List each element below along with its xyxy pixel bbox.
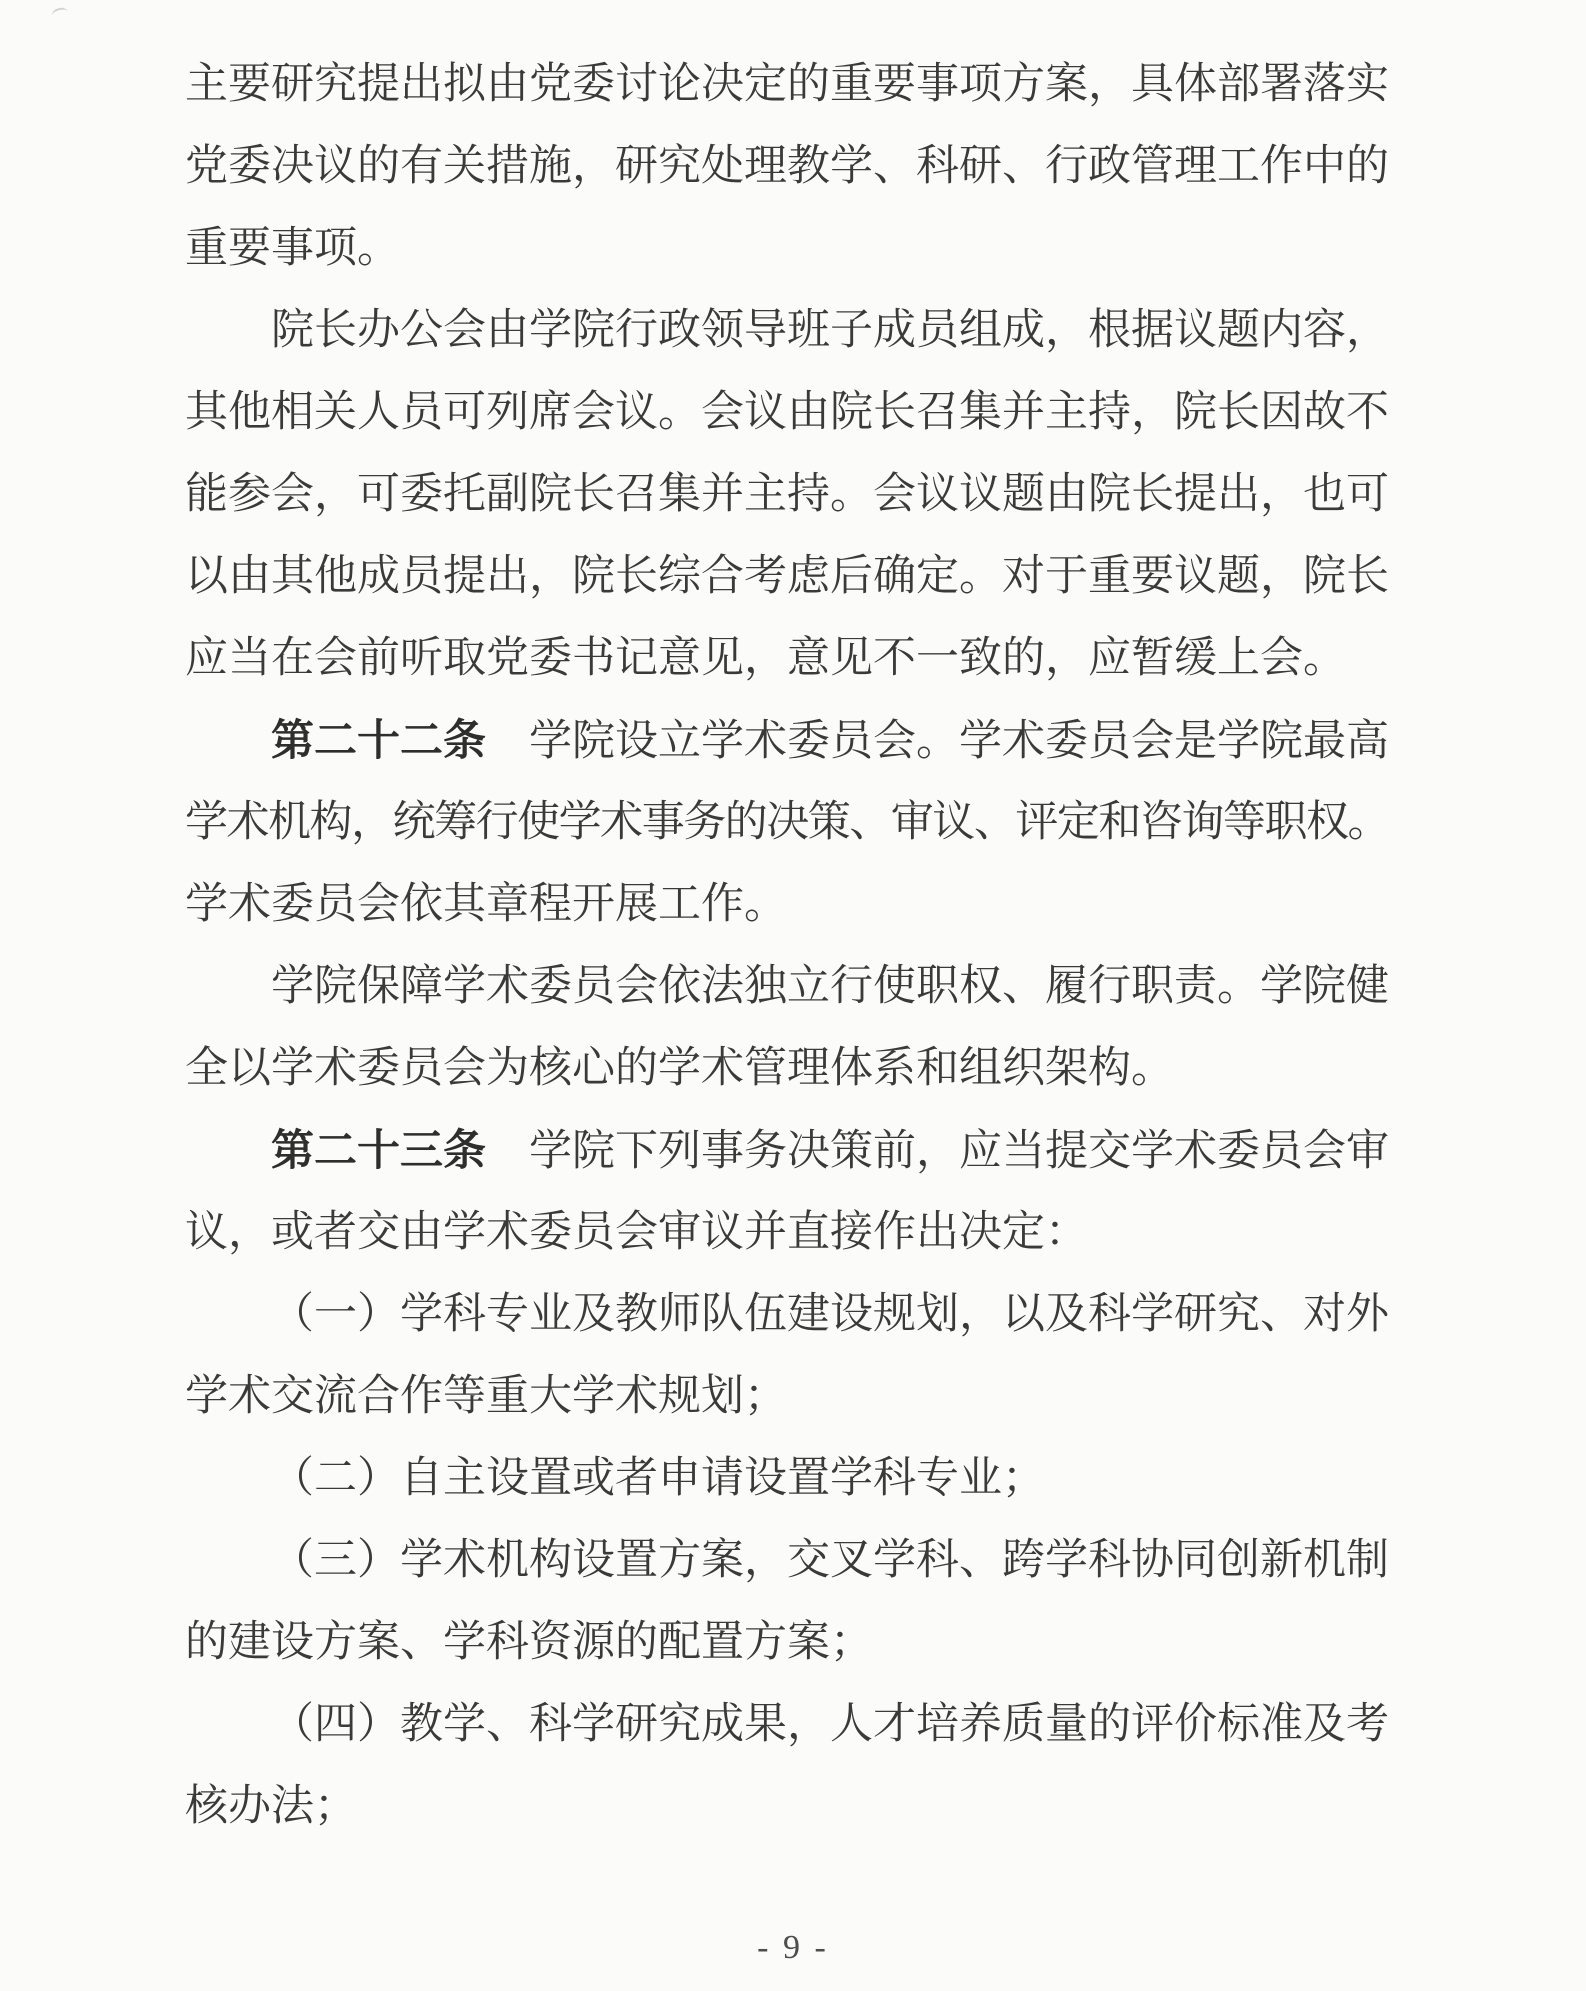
text-line: （三）学术机构设置方案，交叉学科、跨学科协同创新机制: [185, 1520, 1400, 1602]
line-text: 学院下列事务决策前，应当提交学术委员会审: [486, 1128, 1389, 1175]
line-text: 重要事项。: [185, 225, 400, 272]
text-line: 学术交流合作等重大学术规划；: [185, 1356, 1400, 1438]
line-text: 院长办公会由学院行政领导班子成员组成，根据议题内容，: [271, 307, 1389, 354]
text-line: 能参会，可委托副院长召集并主持。会议议题由院长提出，也可: [185, 454, 1400, 536]
text-line: 全以学术委员会为核心的学术管理体系和组织架构。: [185, 1028, 1400, 1110]
line-text: 全以学术委员会为核心的学术管理体系和组织架构。: [185, 1045, 1174, 1092]
line-text: 能参会，可委托副院长召集并主持。会议议题由院长提出，也可: [185, 471, 1389, 518]
line-text: 主要研究提出拟由党委讨论决定的重要事项方案，具体部署落实: [185, 61, 1389, 108]
document-page: 主要研究提出拟由党委讨论决定的重要事项方案，具体部署落实党委决议的有关措施，研究…: [0, 0, 1586, 1991]
text-line: 院长办公会由学院行政领导班子成员组成，根据议题内容，: [185, 290, 1400, 372]
page-number: - 9 -: [0, 1928, 1586, 1968]
text-line: 第二十三条 学院下列事务决策前，应当提交学术委员会审: [185, 1110, 1400, 1192]
line-text: （三）学术机构设置方案，交叉学科、跨学科协同创新机制: [271, 1537, 1389, 1584]
text-line: 主要研究提出拟由党委讨论决定的重要事项方案，具体部署落实: [185, 44, 1400, 126]
document-body: 主要研究提出拟由党委讨论决定的重要事项方案，具体部署落实党委决议的有关措施，研究…: [185, 44, 1400, 1848]
scan-artifact: [51, 6, 69, 21]
line-text: 以由其他成员提出，院长综合考虑后确定。对于重要议题，院长: [185, 553, 1389, 600]
line-text: （二）自主设置或者申请设置学科专业；: [271, 1455, 1045, 1502]
line-text: 核办法；: [185, 1783, 357, 1830]
text-line: （四）教学、科学研究成果，人才培养质量的评价标准及考: [185, 1684, 1400, 1766]
text-line: 党委决议的有关措施，研究处理教学、科研、行政管理工作中的: [185, 126, 1400, 208]
text-line: （一）学科专业及教师队伍建设规划，以及科学研究、对外: [185, 1274, 1400, 1356]
text-line: 第二十二条 学院设立学术委员会。学术委员会是学院最高: [185, 700, 1400, 782]
text-line: 重要事项。: [185, 208, 1400, 290]
line-text: 其他相关人员可列席会议。会议由院长召集并主持，院长因故不: [185, 389, 1389, 436]
text-line: 学术委员会依其章程开展工作。: [185, 864, 1400, 946]
line-text: 应当在会前听取党委书记意见，意见不一致的，应暂缓上会。: [185, 635, 1346, 682]
line-text: 学院设立学术委员会。学术委员会是学院最高: [486, 718, 1389, 765]
line-text: （一）学科专业及教师队伍建设规划，以及科学研究、对外: [271, 1291, 1389, 1338]
line-text: 议，或者交由学术委员会审议并直接作出决定：: [185, 1209, 1088, 1256]
text-line: （二）自主设置或者申请设置学科专业；: [185, 1438, 1400, 1520]
line-text: （四）教学、科学研究成果，人才培养质量的评价标准及考: [271, 1701, 1389, 1748]
article-heading: 第二十二条: [271, 717, 486, 765]
text-line: 其他相关人员可列席会议。会议由院长召集并主持，院长因故不: [185, 372, 1400, 454]
text-line: 以由其他成员提出，院长综合考虑后确定。对于重要议题，院长: [185, 536, 1400, 618]
line-text: 学术交流合作等重大学术规划；: [185, 1373, 787, 1420]
line-text: 学术委员会依其章程开展工作。: [185, 881, 787, 928]
line-text: 的建设方案、学科资源的配置方案；: [185, 1619, 873, 1666]
text-line: 的建设方案、学科资源的配置方案；: [185, 1602, 1400, 1684]
text-line: 核办法；: [185, 1766, 1400, 1848]
line-text: 党委决议的有关措施，研究处理教学、科研、行政管理工作中的: [185, 143, 1389, 190]
text-line: 议，或者交由学术委员会审议并直接作出决定：: [185, 1192, 1400, 1274]
line-text: 学术机构，统筹行使学术事务的决策、审议、评定和咨询等职权。: [185, 799, 1389, 846]
line-text: 学院保障学术委员会依法独立行使职权、履行职责。学院健: [271, 963, 1389, 1010]
text-line: 学术机构，统筹行使学术事务的决策、审议、评定和咨询等职权。: [185, 782, 1400, 864]
article-heading: 第二十三条: [271, 1127, 486, 1175]
text-line: 应当在会前听取党委书记意见，意见不一致的，应暂缓上会。: [185, 618, 1400, 700]
text-line: 学院保障学术委员会依法独立行使职权、履行职责。学院健: [185, 946, 1400, 1028]
